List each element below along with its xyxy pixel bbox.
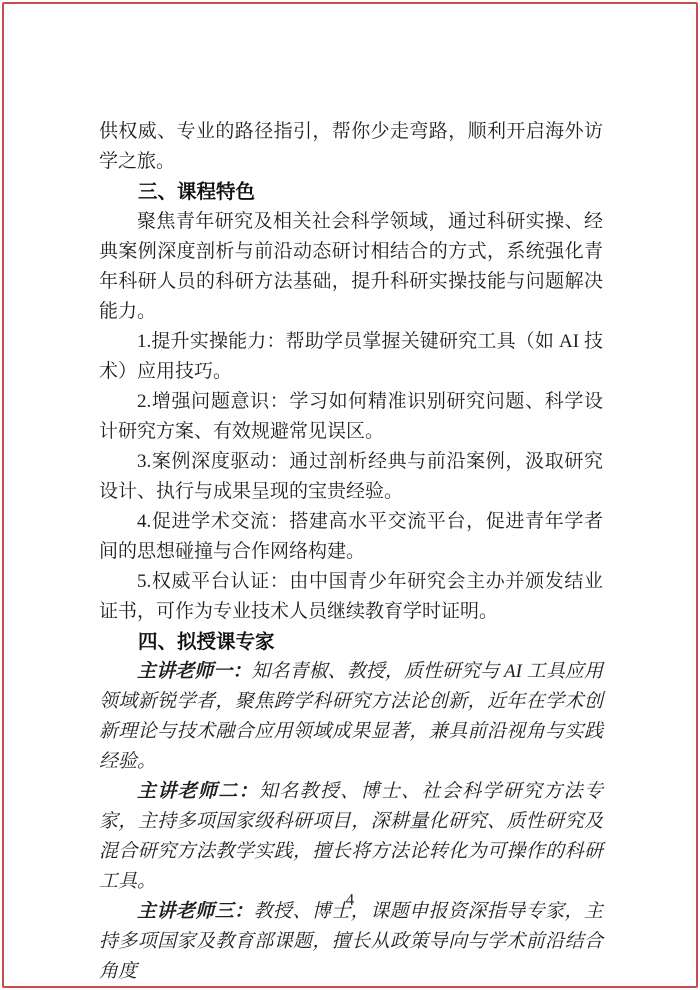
section-heading: 四、拟授课专家 — [99, 627, 603, 657]
teacher-paragraph: 主讲老师二：知名教授、博士、社会科学研究方法专家，主持多项国家级科研项目，深耕量… — [99, 777, 603, 897]
document-page: 供权威、专业的路径指引，帮你少走弯路，顺利开启海外访学之旅。三、课程特色聚焦青年… — [0, 0, 700, 990]
body-paragraph: 2.增强问题意识：学习如何精准识别研究问题、科学设计研究方案、有效规避常见误区。 — [99, 387, 603, 447]
body-paragraph: 供权威、专业的路径指引，帮你少走弯路，顺利开启海外访学之旅。 — [99, 117, 603, 177]
body-paragraph: 1.提升实操能力：帮助学员掌握关键研究工具（如 AI 技术）应用技巧。 — [99, 327, 603, 387]
teacher-label: 主讲老师二： — [137, 781, 259, 802]
document-body: 供权威、专业的路径指引，帮你少走弯路，顺利开启海外访学之旅。三、课程特色聚焦青年… — [99, 117, 603, 987]
body-paragraph: 聚焦青年研究及相关社会科学领域，通过科研实操、经典案例深度剖析与前沿动态研讨相结… — [99, 207, 603, 327]
teacher-label: 主讲老师一： — [137, 661, 251, 682]
body-paragraph: 3.案例深度驱动：通过剖析经典与前沿案例，汲取研究设计、执行与成果呈现的宝贵经验… — [99, 447, 603, 507]
teacher-paragraph: 主讲老师一：知名青椒、教授，质性研究与 AI 工具应用领域新锐学者，聚焦跨学科研… — [99, 657, 603, 777]
section-heading: 三、课程特色 — [99, 177, 603, 207]
page-footer: 4 — [0, 888, 700, 912]
body-paragraph: 4.促进学术交流：搭建高水平交流平台，促进青年学者间的思想碰撞与合作网络构建。 — [99, 507, 603, 567]
page-number: 4 — [346, 890, 355, 909]
body-paragraph: 5.权威平台认证：由中国青少年研究会主办并颁发结业证书，可作为专业技术人员继续教… — [99, 567, 603, 627]
